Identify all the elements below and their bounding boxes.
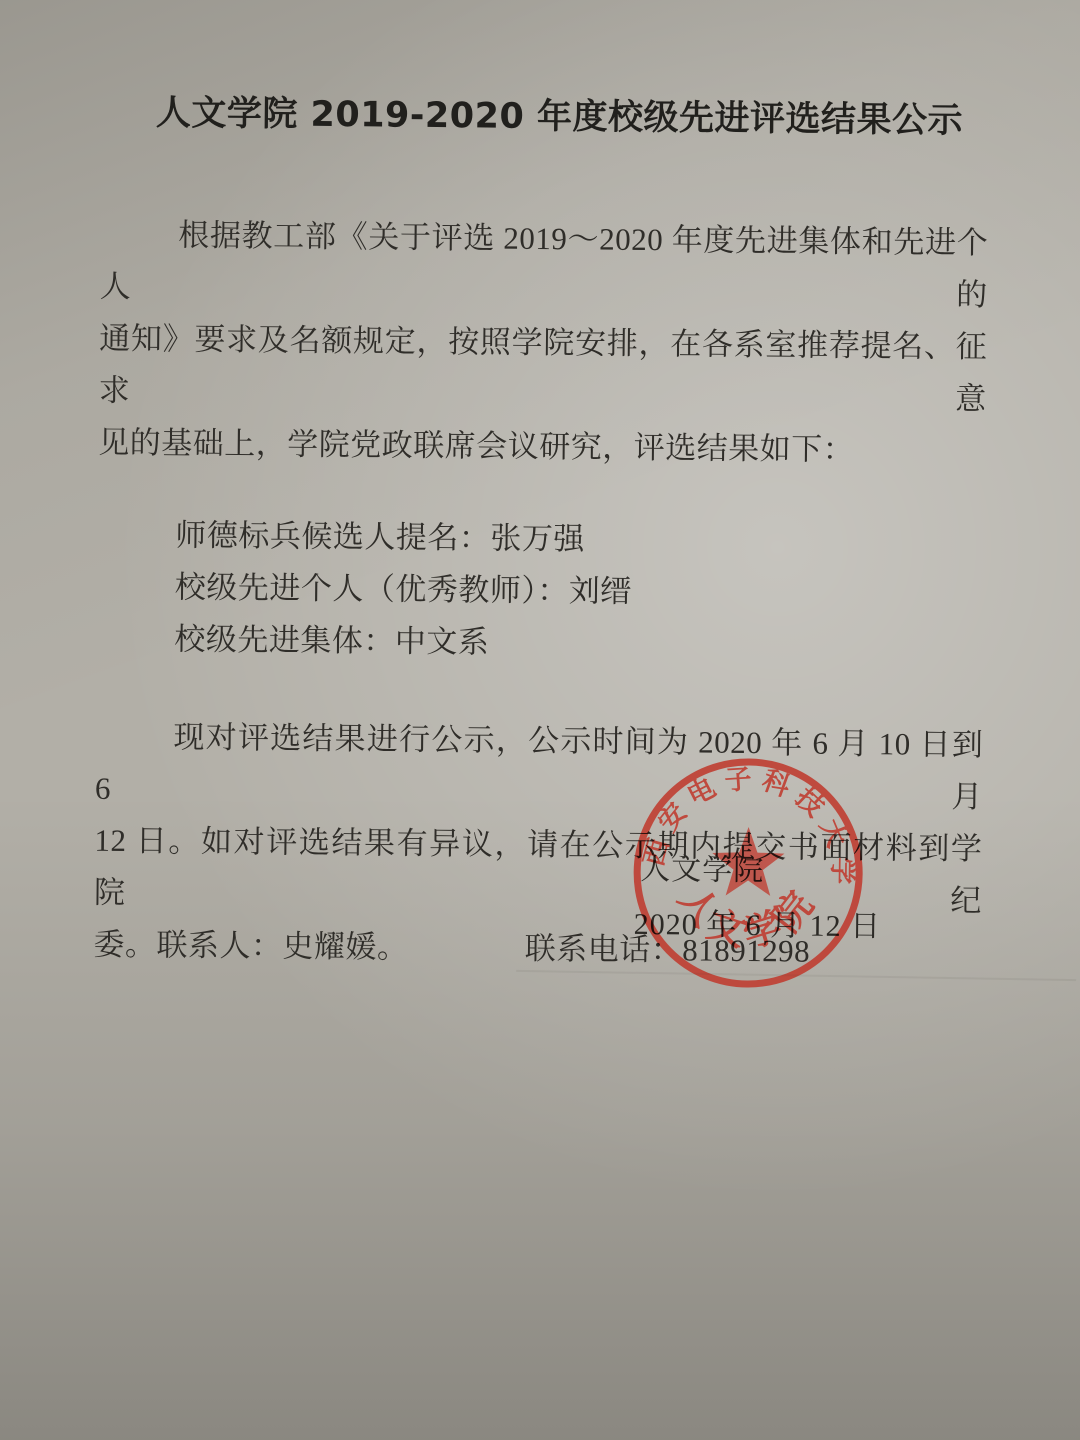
paragraph-line: 通知》要求及名额规定，按照学院安排，在各系室推荐提名、征求意 [99, 313, 988, 426]
document-body: 人文学院 2019-2020 年度校级先进评选结果公示 根据教工部《关于评选 2… [0, 0, 1080, 980]
contact-person: 委。联系人：史耀媛。 [93, 927, 408, 965]
document-tilt-wrapper: 人文学院 2019-2020 年度校级先进评选结果公示 根据教工部《关于评选 2… [0, 0, 1080, 1440]
award-line-individual: 校级先进个人（优秀教师）：刘缙 [97, 561, 985, 622]
stamp-bottom-text: 人文学院 [670, 879, 826, 958]
paragraph-intro: 根据教工部《关于评选 2019～2020 年度先进集体和先进个人的 通知》要求及… [98, 209, 988, 478]
award-line-collective: 校级先进集体：中文系 [96, 613, 984, 674]
document-title: 人文学院 2019-2020 年度校级先进评选结果公示 [101, 90, 989, 145]
award-list: 师德标兵候选人提名：张万强 校级先进个人（优秀教师）：刘缙 校级先进集体：中文系 [96, 509, 985, 674]
official-stamp: 西安电子科技大学 人文学院 [597, 722, 900, 1025]
paragraph-line: 根据教工部《关于评选 2019～2020 年度先进集体和先进个人的 [100, 209, 989, 322]
star-icon [712, 827, 785, 896]
svg-text:人文学院: 人文学院 [670, 879, 826, 958]
award-line-shide: 师德标兵候选人提名：张万强 [97, 509, 985, 570]
paragraph-line: 见的基础上，学院党政联席会议研究，评选结果如下： [98, 417, 986, 478]
photographed-document: 人文学院 2019-2020 年度校级先进评选结果公示 根据教工部《关于评选 2… [0, 0, 1080, 1440]
